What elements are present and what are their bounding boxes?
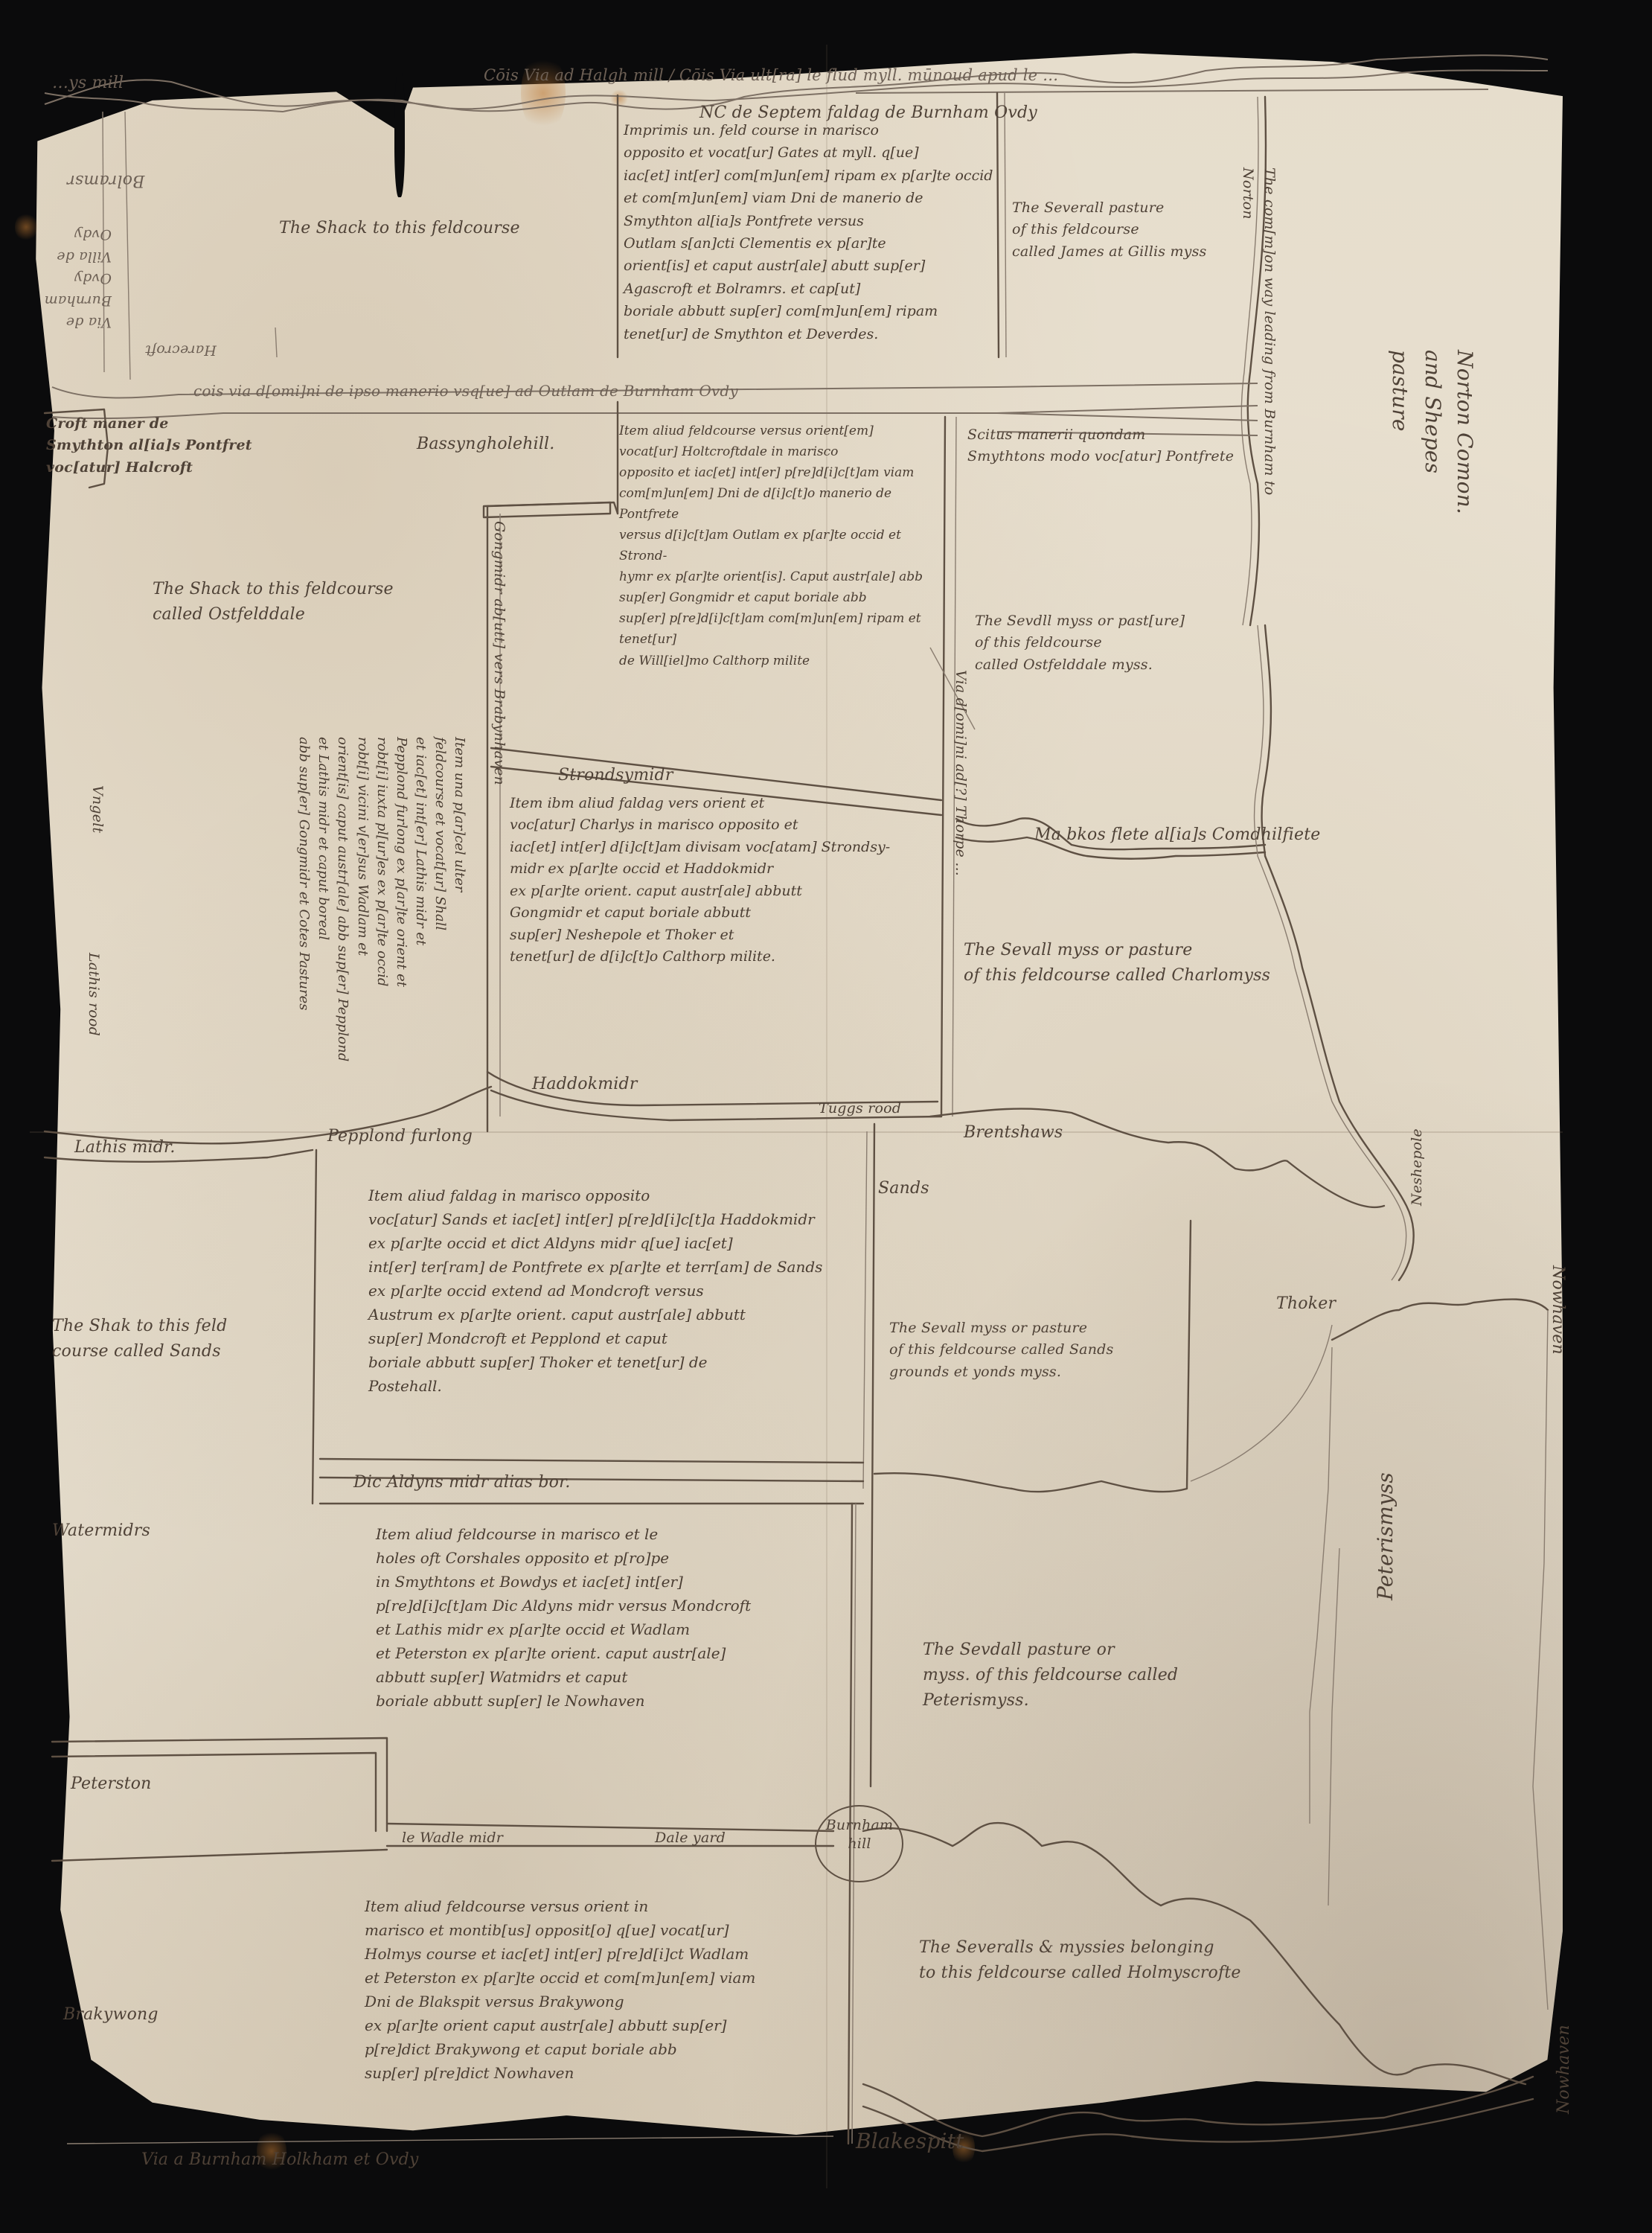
label-bolrams: Bolramsr [67,167,144,193]
neshepole-label: Neshepole [1406,1128,1428,1206]
norton-common-label: Norton Comon. and Shepes pasture [1384,350,1481,521]
road-vertical-label: Via d[omi]ni ad[?] Thorpe ... [950,670,971,876]
parcel-3-description: Item ibm aliud faldag vers orient et voc… [510,793,934,968]
watmidrs-label: Watermidrs [52,1518,150,1544]
parcel-7-description: Item una p[ar]cel ulter feldcourse et vo… [294,737,469,1154]
peterismyss-label: Peterismyss [1369,1472,1401,1600]
wadle-midr-label: le Wadle midr [402,1827,503,1849]
croft-manor-label: Croft maner de Smythton al[ia]s Pontfret… [46,413,252,479]
shack-label-2: The Shack to this feldcourse called Ostf… [153,577,394,627]
pepplond-label: Pepplond furlong [327,1124,473,1149]
parcel-5-description: Item aliud feldcourse in marisco et le h… [376,1522,867,1713]
several-label-2: The Sevdll myss or past[ure] of this fel… [975,610,1185,676]
ma-beck-label: Ma bkos flete al[ia]s Comdhilfiete [1034,822,1321,848]
scitus-label: Scitus manerii quondam Smythtons modo vo… [967,424,1234,468]
fold-line-horizontal [30,1131,1563,1133]
road-label-top-left: …ys mill [52,71,124,96]
parcel-2-description: Item aliud feldcourse versus orient[em] … [619,421,947,671]
circle-label: Burnham hill [822,1816,897,1853]
manuscript-sheet [30,45,1563,2188]
aldyns-label: Dic Aldyns midr alias bor. [353,1470,571,1495]
vngelt-label: Vngelt [86,785,108,833]
several-label-3: The Sevall myss or pasture of this feldc… [964,938,1270,988]
label-harecroft: Harecroft [145,339,217,360]
peterston-label: Peterston [71,1772,152,1797]
lathis-rood-label: Lathis rood [83,953,104,1036]
sands-label: Sands [878,1176,929,1201]
bottom-road-label: Via a Burnham Holkham et Ovdy [141,2147,419,2173]
dale-yard-label: Dale yard [655,1827,726,1849]
several-label-6: The Severalls & myssies belonging to thi… [919,1935,1241,1986]
label-villa-ovdy: Via de Burnham Ovdy Villa de Ovdy [30,223,112,333]
common-way-norton-label: The com[m]on way leading from Burnham to… [1236,167,1280,540]
stain [610,89,628,107]
shack-label-1: The Shack to this feldcourse [279,216,520,241]
haddokmidr-label: Haddokmidr [532,1072,638,1097]
parcel-6-description: Item aliud feldcourse versus orient in m… [365,1894,811,2085]
thoker-label: Thoker [1276,1291,1336,1317]
lathis-midr-label: Lathis midr. [74,1135,176,1160]
gongmidr-vertical-label: Gongmidr ab[utt] vers Brabynhaven [488,521,510,785]
road-label-top: Cōis Via ad Halgh mill / Cōis Via ult[ra… [484,63,1600,88]
several-label-1: The Severall pasture of this feldcourse … [1012,197,1207,263]
parcel-4-description: Item aliud faldag in marisco opposito vo… [368,1183,874,1398]
tuggs-rood-label: Tuggs rood [819,1098,901,1119]
blakspit-label: Blakespitt [856,2125,964,2157]
nowhaven-label-1: Nowhaven [1545,1265,1570,1355]
nowhaven-label-2: Nowhaven [1552,2025,1577,2114]
tear [394,71,405,197]
common-way-label: cois via d[omi]ni de ipso manerio vsq[ue… [193,380,738,403]
several-label-5: The Sevdall pasture or myss. of this fel… [923,1638,1178,1713]
parcel-1-description: Imprimis un. feld course in marisco oppo… [624,119,996,345]
strondsymidr-label: Strondsymidr [558,763,673,788]
brentshaws-label: Brentshaws [964,1120,1063,1146]
several-label-4: The Sevall myss or pasture of this feldc… [889,1317,1113,1383]
shack-label-3: The Shak to this feld course called Sand… [52,1314,227,1364]
brakywong-label: Brakywong [63,2002,159,2028]
bassinghole-label: Bassyngholehill. [417,432,554,457]
